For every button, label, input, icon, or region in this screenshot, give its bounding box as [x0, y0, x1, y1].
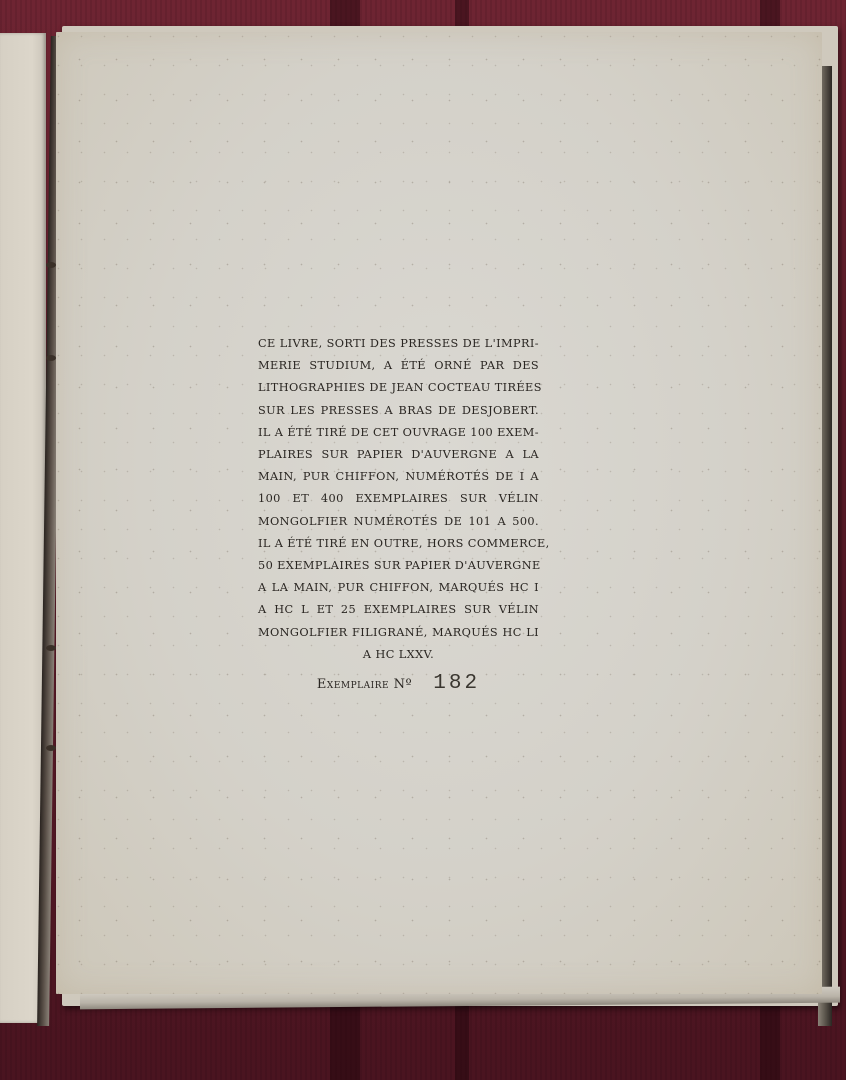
binding-stitch	[46, 645, 56, 651]
colophon-text: Ce livre, sorti des presses de l'Impri- …	[258, 333, 539, 666]
exemplaire-stamped-number: 182	[433, 672, 480, 695]
binding-stitch	[46, 262, 56, 268]
colophon-line: a HC LXXV.	[258, 644, 539, 666]
colophon-line: merie Studium, a été orné par des	[258, 355, 539, 377]
colophon-line: Ce livre, sorti des presses de l'Impri-	[258, 333, 539, 355]
colophon-line: 50 exemplaires sur papier d'Auvergne	[258, 555, 539, 577]
colophon-line: 100 et 400 exemplaires sur vélin	[258, 488, 539, 510]
exemplaire-number-line: Exemplaire Nº 182	[258, 672, 539, 695]
colophon-line: lithographies de Jean Cocteau tirées	[258, 377, 539, 399]
colophon-line: Il a été tiré de cet ouvrage 100 exem-	[258, 422, 539, 444]
colophon-line: main, pur chiffon, numérotés de I a	[258, 466, 539, 488]
colophon-line: Mongolfier numérotés de 101 a 500.	[258, 511, 539, 533]
exemplaire-label: Exemplaire Nº	[317, 677, 412, 692]
colophon-line: Mongolfier filigrané, marqués HC LI	[258, 622, 539, 644]
colophon-line: sur les presses a bras de Desjobert.	[258, 400, 539, 422]
colophon-line: a HC L et 25 exemplaires sur vélin	[258, 599, 539, 621]
colophon-line: Il a été tiré en outre, hors commerce,	[258, 533, 539, 555]
binding-stitch	[46, 355, 56, 361]
colophon-line: plaires sur papier d'Auvergne a la	[258, 444, 539, 466]
binding-stitch	[46, 745, 56, 751]
colophon-line: a la main, pur chiffon, marqués HC I	[258, 577, 539, 599]
